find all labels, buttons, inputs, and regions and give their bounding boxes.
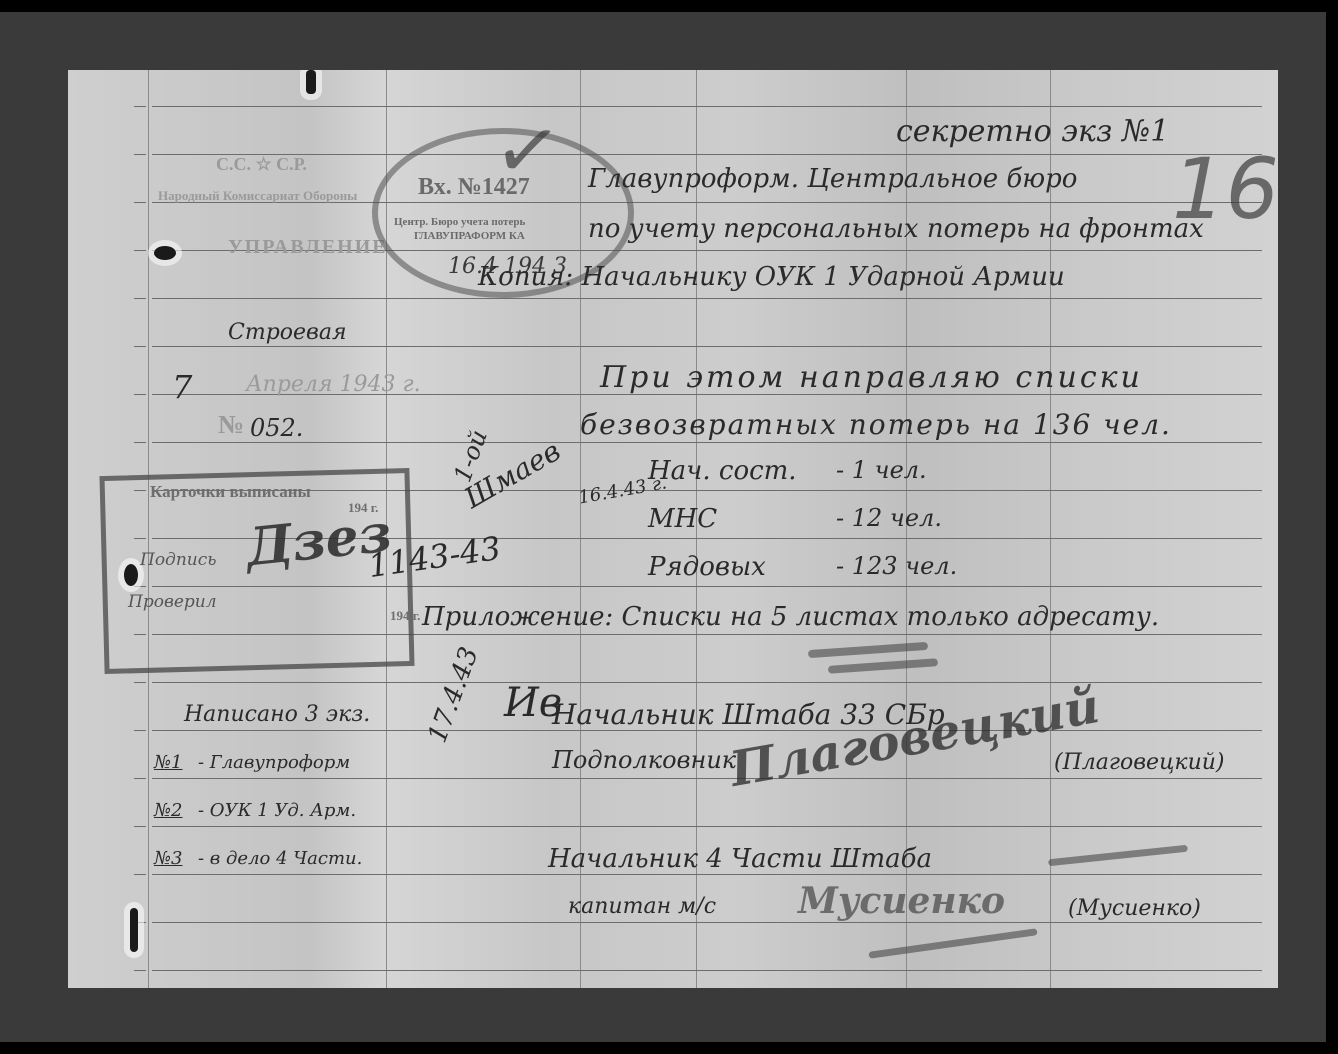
incoming-stamp-org2: ГЛАВУПРАФОРМ КА bbox=[414, 230, 525, 242]
punch-hole bbox=[306, 70, 316, 94]
ruled-line bbox=[152, 826, 1262, 827]
ruled-line bbox=[152, 922, 1262, 923]
chief-signature: Плаговецкий bbox=[726, 678, 1104, 798]
copy-destination: - в дело 4 Части. bbox=[198, 848, 362, 869]
copies-header: Написано 3 экз. bbox=[184, 702, 370, 727]
ruled-line bbox=[134, 970, 146, 971]
cards-stamp-signature-label: Подпись bbox=[140, 550, 217, 570]
part4-name: (Мусиенко) bbox=[1068, 896, 1201, 921]
ruled-line bbox=[134, 826, 146, 827]
chief-rank: Подполковник bbox=[552, 746, 736, 774]
copy-destination: - ОУК 1 Уд. Арм. bbox=[198, 800, 356, 821]
ruled-line bbox=[152, 778, 1262, 779]
copy-destination: - Главупроформ bbox=[198, 752, 350, 773]
body-line2: безвозвратных потерь на 136 чел. bbox=[580, 408, 1172, 441]
classification: секретно экз №1 bbox=[896, 114, 1169, 149]
part4-signature: Мусиенко bbox=[798, 880, 1005, 922]
outgoing-month-year: Апреля 1943 г. bbox=[246, 372, 421, 397]
outgoing-number: 052. bbox=[250, 414, 303, 442]
ruled-line bbox=[152, 442, 1262, 443]
letterhead-ministry: Народный Комиссариат Обороны bbox=[158, 188, 357, 204]
ruled-line bbox=[134, 154, 146, 155]
cards-stamp-checked-label: Проверил bbox=[128, 592, 217, 612]
part4-title: Начальник 4 Части Штаба bbox=[548, 844, 932, 874]
letterhead-country: С.С. ☆ С.Р. bbox=[216, 154, 307, 175]
ruled-line bbox=[134, 202, 146, 203]
ruled-line bbox=[152, 154, 1262, 155]
cards-stamp-title: Карточки выписаны bbox=[150, 482, 311, 502]
ruled-line bbox=[152, 682, 1262, 683]
ruled-line bbox=[152, 346, 1262, 347]
pencil-mark bbox=[868, 928, 1037, 959]
pencil-mark bbox=[828, 658, 938, 674]
outgoing-number-label: № bbox=[218, 410, 244, 440]
ruled-line bbox=[134, 682, 146, 683]
chief-name: (Плаговецкий) bbox=[1054, 750, 1225, 775]
outgoing-day: 7 bbox=[172, 368, 192, 406]
margin-note-5: 17.4.43 bbox=[423, 643, 485, 747]
part4-rank: капитан м/с bbox=[568, 894, 716, 919]
addressee-line1: Главупроформ. Центральное бюро bbox=[588, 164, 1077, 194]
punch-hole bbox=[130, 908, 138, 952]
loss-category-value: - 1 чел. bbox=[836, 456, 927, 484]
ruled-line bbox=[134, 394, 146, 395]
outgoing-type: Строевая bbox=[228, 320, 347, 345]
cards-stamp-year2: 194 г. bbox=[390, 608, 420, 624]
ruled-line bbox=[134, 106, 146, 107]
incoming-stamp-org1: Центр. Бюро учета потерь bbox=[394, 216, 525, 228]
ruled-line bbox=[134, 250, 146, 251]
checkmark-icon: ✓ bbox=[488, 100, 567, 201]
column-rule bbox=[1050, 70, 1051, 988]
ruled-line bbox=[134, 778, 146, 779]
ruled-line bbox=[152, 874, 1262, 875]
loss-category-label: Нач. сост. bbox=[648, 456, 797, 486]
ruled-line bbox=[152, 970, 1262, 971]
copy-number: №3 bbox=[154, 848, 183, 869]
pencil-mark bbox=[1048, 845, 1188, 867]
pencil-mark bbox=[808, 642, 928, 658]
document-page: С.С. ☆ С.Р. Народный Комиссариат Обороны… bbox=[68, 70, 1278, 988]
copy-number: №2 bbox=[154, 800, 183, 821]
addressee-copy: Копия: Начальнику ОУК 1 Ударной Армии bbox=[478, 262, 1065, 292]
body-line1: При этом направляю списки bbox=[600, 360, 1143, 395]
loss-category-label: МНС bbox=[648, 504, 717, 534]
ruled-line bbox=[152, 106, 1262, 107]
ruled-line bbox=[134, 874, 146, 875]
addressee-line2: по учету персональных потерь на фронтах bbox=[588, 214, 1204, 244]
loss-category-value: - 12 чел. bbox=[836, 504, 942, 532]
ruled-line bbox=[134, 298, 146, 299]
letterhead-department: УПРАВЛЕНИЕ bbox=[228, 236, 388, 259]
ruled-line bbox=[134, 346, 146, 347]
loss-category-value: - 123 чел. bbox=[836, 552, 957, 580]
loss-category-label: Рядовых bbox=[648, 552, 766, 582]
copy-number: №1 bbox=[154, 752, 183, 773]
ruled-line bbox=[134, 442, 146, 443]
ruled-line bbox=[152, 298, 1262, 299]
ruled-line bbox=[134, 730, 146, 731]
attachment-note: Приложение: Списки на 5 листах только ад… bbox=[422, 602, 1159, 632]
punch-hole bbox=[154, 246, 176, 260]
